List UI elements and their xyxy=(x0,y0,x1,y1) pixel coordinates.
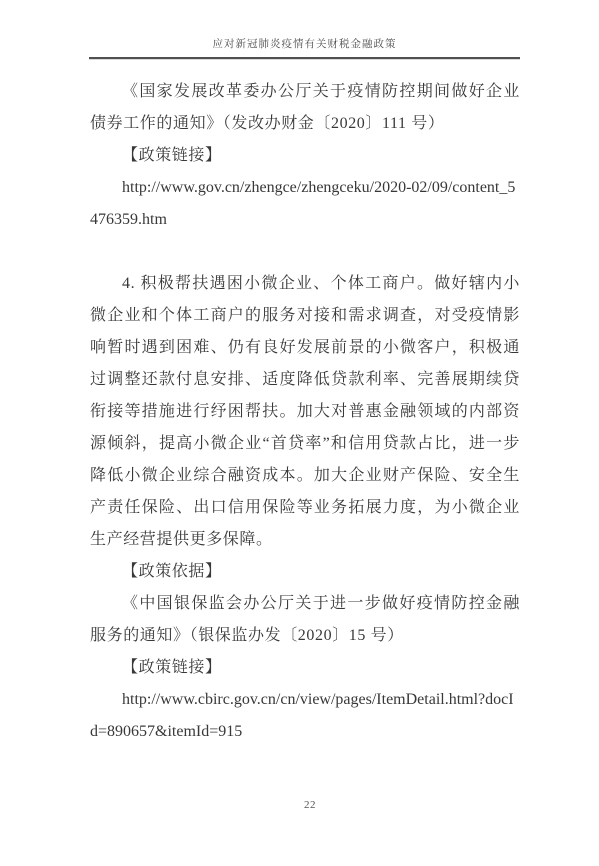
policy-link-label: 【政策链接】 xyxy=(90,140,520,172)
paragraph-item-4: 4. 积极帮扶遇困小微企业、个体工商户。做好辖内小微企业和个体工商户的服务对接和… xyxy=(90,268,520,556)
policy-basis-doc-title: 《中国银保监会办公厅关于进一步做好疫情防控金融服务的通知》（银保监办发〔2020… xyxy=(90,588,520,652)
policy-link-url-2: http://www.cbirc.gov.cn/cn/view/pages/It… xyxy=(90,684,520,748)
page-number: 22 xyxy=(304,799,316,811)
page-footer: 22 xyxy=(90,795,530,813)
policy-link-label-2: 【政策链接】 xyxy=(90,652,520,684)
policy-doc-title: 《国家发展改革委办公厅关于疫情防控期间做好企业债券工作的通知》（发改办财金〔20… xyxy=(90,76,520,140)
document-body: 《国家发展改革委办公厅关于疫情防控期间做好企业债券工作的通知》（发改办财金〔20… xyxy=(90,76,520,748)
policy-basis-label: 【政策依据】 xyxy=(90,556,520,588)
policy-link-url: http://www.gov.cn/zhengce/zhengceku/2020… xyxy=(90,172,520,236)
document-page: 应对新冠肺炎疫情有关财税金融政策 《国家发展改革委办公厅关于疫情防控期间做好企业… xyxy=(0,0,599,866)
page-header: 应对新冠肺炎疫情有关财税金融政策 xyxy=(89,36,520,59)
running-header-title: 应对新冠肺炎疫情有关财税金融政策 xyxy=(89,36,520,51)
